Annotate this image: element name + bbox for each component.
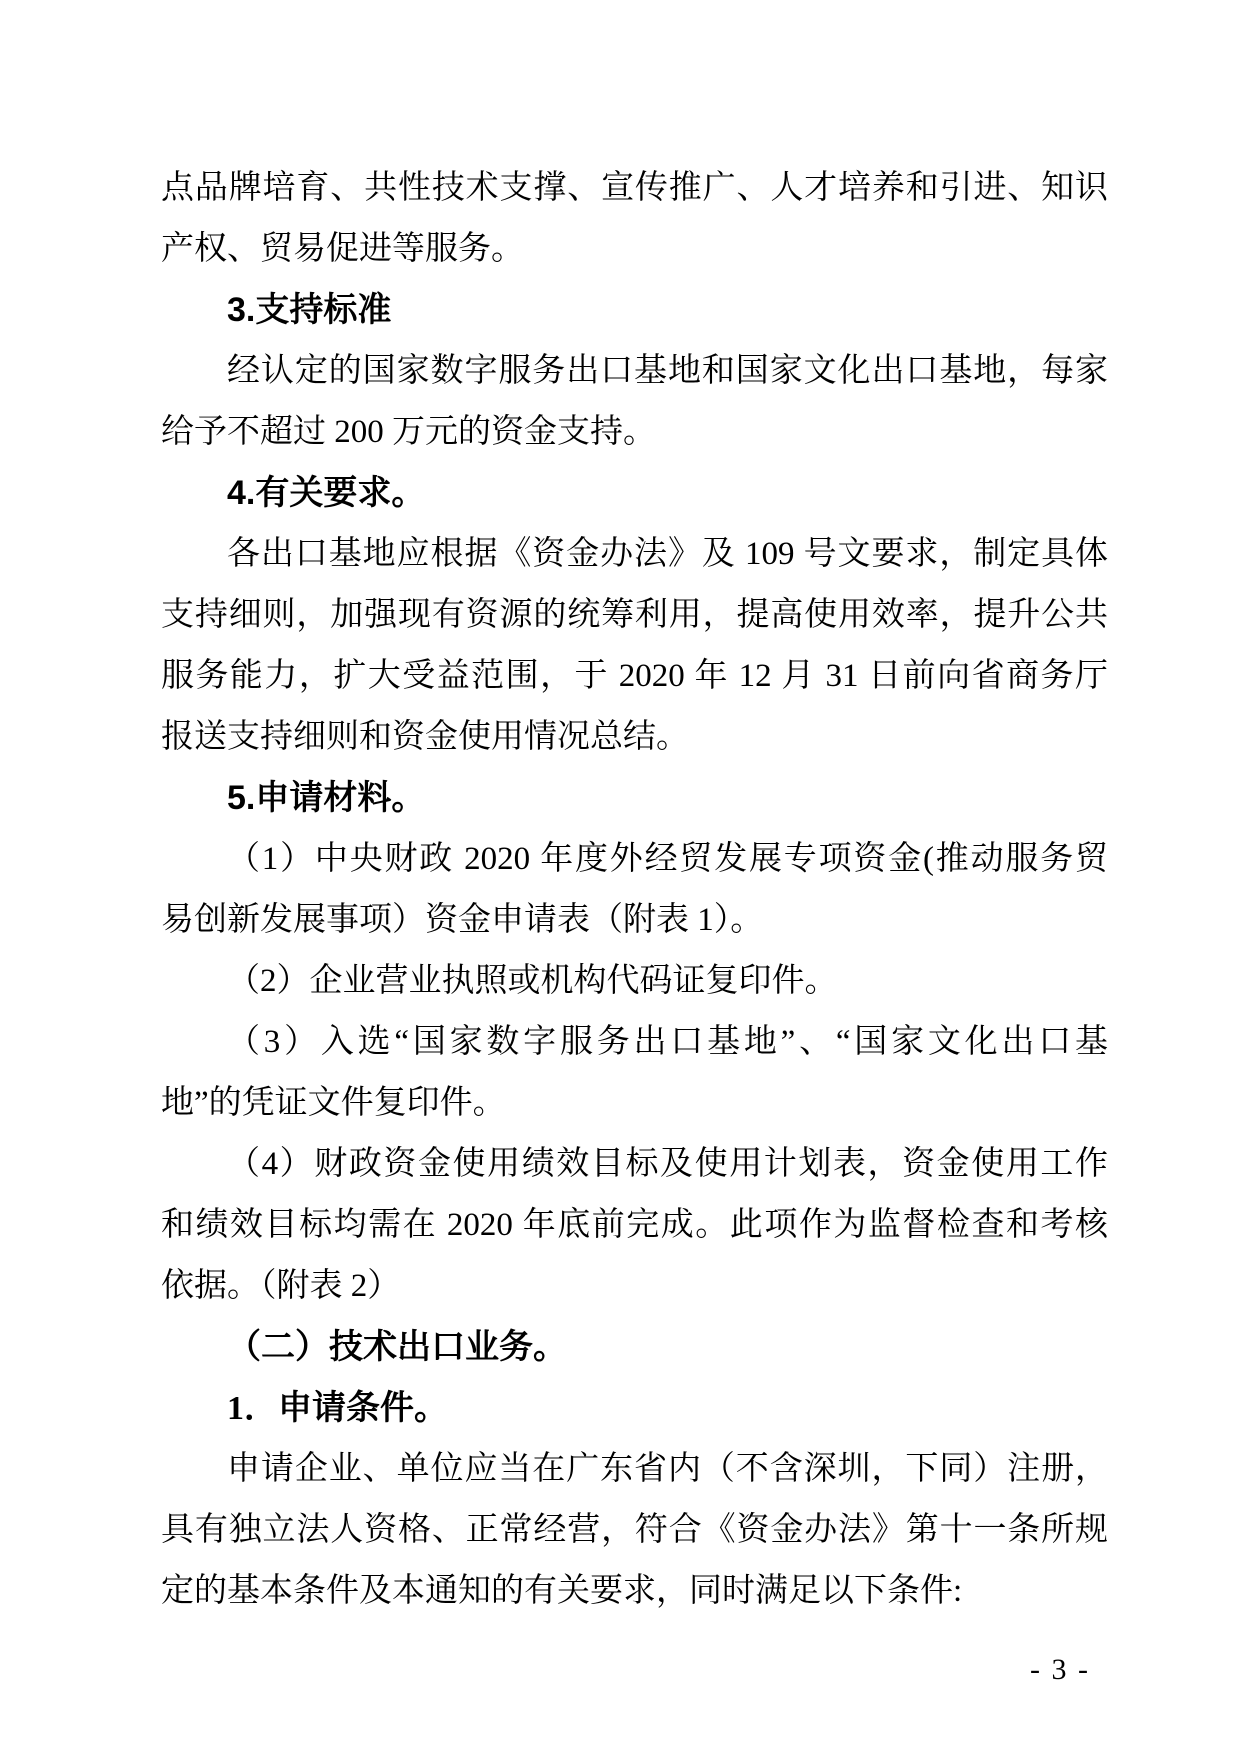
text-line: （4）财政资金使用绩效目标及使用计划表，资金使用工作 bbox=[161, 1134, 1108, 1195]
document-page: 点品牌培育、共性技术支撑、宣传推广、人才培养和引进、知识产权、贸易促进等服务。3… bbox=[0, 0, 1240, 1754]
text-line: 易创新发展事项）资金申请表（附表 1）。 bbox=[161, 890, 1108, 951]
heading-line: 1．申请条件。 bbox=[161, 1378, 1108, 1439]
text-line: 依据。（附表 2） bbox=[161, 1256, 1108, 1317]
text-line: 申请企业、单位应当在广东省内（不含深圳，下同）注册， bbox=[161, 1439, 1108, 1500]
text-line: 经认定的国家数字服务出口基地和国家文化出口基地，每家 bbox=[161, 341, 1108, 402]
text-line: 给予不超过 200 万元的资金支持。 bbox=[161, 402, 1108, 463]
text-line: 和绩效目标均需在 2020 年底前完成。此项作为监督检查和考核 bbox=[161, 1195, 1108, 1256]
text-line: 支持细则，加强现有资源的统筹利用，提高使用效率，提升公共 bbox=[161, 585, 1108, 646]
text-line: 定的基本条件及本通知的有关要求，同时满足以下条件: bbox=[161, 1561, 1108, 1622]
heading-line: 4.有关要求。 bbox=[161, 463, 1108, 524]
text-line: 服务能力，扩大受益范围，于 2020 年 12 月 31 日前向省商务厅 bbox=[161, 646, 1108, 707]
text-line: 各出口基地应根据《资金办法》及 109 号文要求，制定具体 bbox=[161, 524, 1108, 585]
text-line: 产权、贸易促进等服务。 bbox=[161, 219, 1108, 280]
text-line: 报送支持细则和资金使用情况总结。 bbox=[161, 707, 1108, 768]
text-line: 具有独立法人资格、正常经营，符合《资金办法》第十一条所规 bbox=[161, 1500, 1108, 1561]
heading-line: 5.申请材料。 bbox=[161, 768, 1108, 829]
heading-line: 3.支持标准 bbox=[161, 280, 1108, 341]
document-body: 点品牌培育、共性技术支撑、宣传推广、人才培养和引进、知识产权、贸易促进等服务。3… bbox=[161, 158, 1108, 1622]
text-line: 地”的凭证文件复印件。 bbox=[161, 1073, 1108, 1134]
text-line: （3）入选“国家数字服务出口基地”、“国家文化出口基 bbox=[161, 1012, 1108, 1073]
text-line: 点品牌培育、共性技术支撑、宣传推广、人才培养和引进、知识 bbox=[161, 158, 1108, 219]
heading-line: （二）技术出口业务。 bbox=[161, 1317, 1108, 1378]
page-number: - 3 - bbox=[1030, 1650, 1090, 1690]
text-line: （1）中央财政 2020 年度外经贸发展专项资金(推动服务贸 bbox=[161, 829, 1108, 890]
text-line: （2）企业营业执照或机构代码证复印件。 bbox=[161, 951, 1108, 1012]
